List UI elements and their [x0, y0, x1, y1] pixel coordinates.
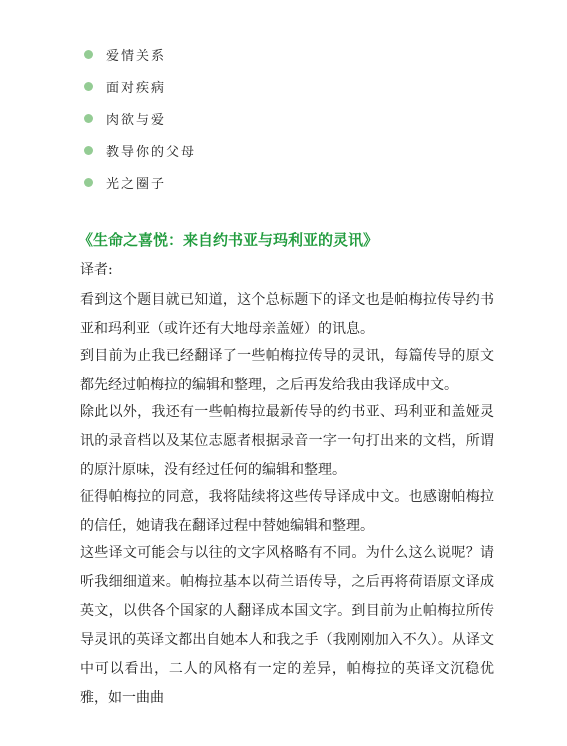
paragraph: 征得帕梅拉的同意，我将陆续将这些传导译成中文。也感谢帕梅拉的信任，她请我在翻译过… — [80, 483, 494, 541]
bullet-dot-icon — [84, 82, 93, 91]
bullet-dot-icon — [84, 178, 93, 187]
bullet-dot-icon — [84, 114, 93, 123]
document-page: 爱情关系 面对疾病 肉欲与爱 教导你的父母 光之圈子 《生命之喜悦：来自约书亚与… — [0, 0, 567, 746]
list-item-label: 教导你的父母 — [106, 141, 196, 160]
list-item: 肉欲与爱 — [84, 102, 196, 134]
list-item-label: 面对疾病 — [106, 77, 166, 96]
list-item: 教导你的父母 — [84, 134, 196, 166]
list-item: 面对疾病 — [84, 70, 196, 102]
paragraph: 看到这个题目就已知道，这个总标题下的译文也是帕梅拉传导约书亚和玛利亚（或许还有大… — [80, 286, 494, 344]
paragraph: 除此以外，我还有一些帕梅拉最新传导的约书亚、玛利亚和盖娅灵讯的录音档以及某位志愿… — [80, 398, 494, 485]
list-item-label: 肉欲与爱 — [106, 109, 166, 128]
body-text: 看到这个题目就已知道，这个总标题下的译文也是帕梅拉传导约书亚和玛利亚（或许还有大… — [80, 286, 494, 713]
list-item: 光之圈子 — [84, 166, 196, 198]
list-item: 爱情关系 — [84, 38, 196, 70]
list-item-label: 爱情关系 — [106, 45, 166, 64]
translator-label: 译者: — [80, 259, 113, 279]
bullet-dot-icon — [84, 146, 93, 155]
bullet-dot-icon — [84, 50, 93, 59]
list-item-label: 光之圈子 — [106, 173, 166, 192]
paragraph: 这些译文可能会与以往的文字风格略有不同。为什么这么说呢？请听我细细道来。帕梅拉基… — [80, 539, 494, 713]
paragraph: 到目前为止我已经翻译了一些帕梅拉传导的灵讯，每篇传导的原文都先经过帕梅拉的编辑和… — [80, 342, 494, 400]
topic-list: 爱情关系 面对疾病 肉欲与爱 教导你的父母 光之圈子 — [84, 38, 196, 198]
section-title: 《生命之喜悦：来自约书亚与玛利亚的灵讯》 — [78, 229, 378, 250]
